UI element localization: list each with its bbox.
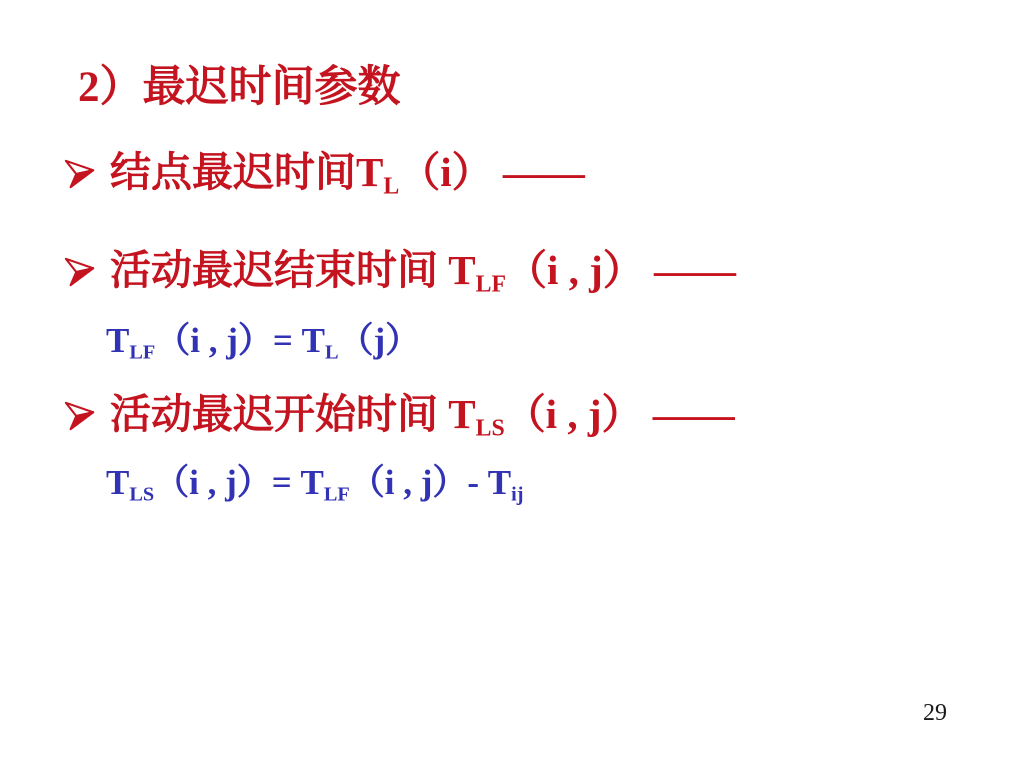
arrowhead-bullet-icon — [64, 256, 96, 288]
page-number: 29 — [923, 700, 947, 727]
arrowhead-bullet-icon — [64, 158, 96, 190]
formula-tls-equals-tlf-minus-tij: TLS（i , j）= TLF（i , j）- Tij — [106, 462, 524, 504]
bullet-activity-latest-start-label: 活动最迟开始时间 TLS（i , j） —— — [110, 390, 735, 439]
bullet-node-latest-time-label: 结点最迟时间TL（i） —— — [110, 148, 585, 197]
arrowhead-bullet-icon — [64, 400, 96, 432]
bullet-activity-latest-finish-label: 活动最迟结束时间 TLF（i , j） —— — [110, 246, 736, 295]
bullet-activity-latest-start: 活动最迟开始时间 TLS（i , j） —— — [64, 390, 735, 439]
bullet-node-latest-time: 结点最迟时间TL（i） —— — [64, 148, 585, 197]
formula-tlf-equals-tl: TLF（i , j）= TL（j） — [106, 320, 420, 362]
slide-title: 2）最迟时间参数 — [78, 62, 401, 114]
presentation-slide: 2）最迟时间参数 结点最迟时间TL（i） —— 活动最迟结束时间 TLF（i ,… — [0, 0, 1024, 768]
bullet-activity-latest-finish: 活动最迟结束时间 TLF（i , j） —— — [64, 246, 736, 295]
